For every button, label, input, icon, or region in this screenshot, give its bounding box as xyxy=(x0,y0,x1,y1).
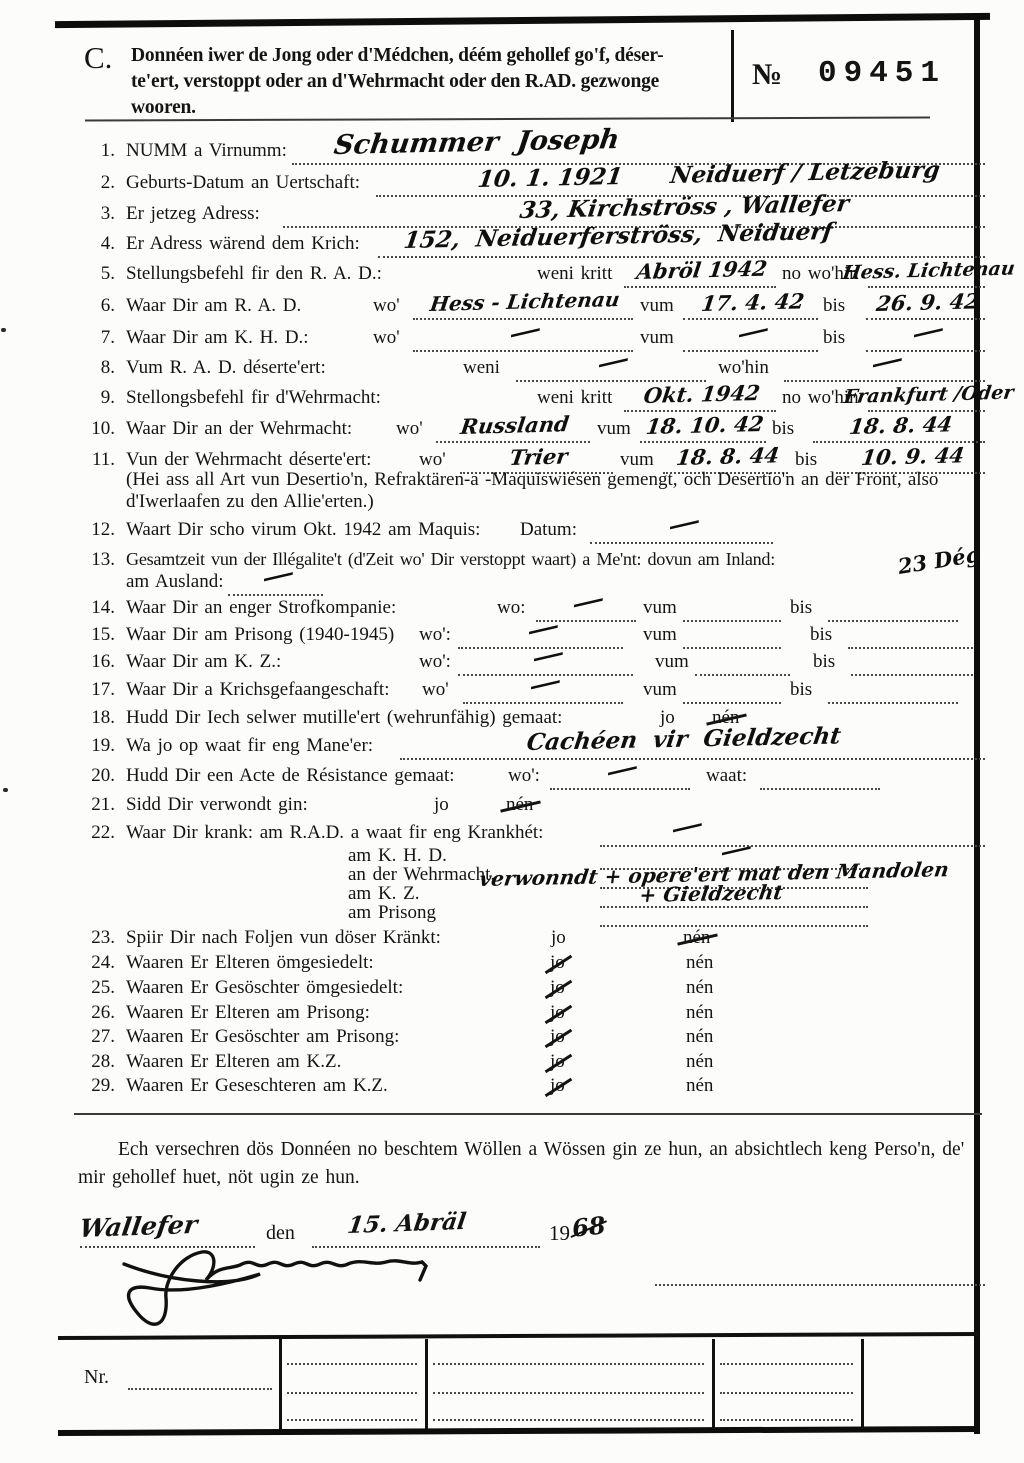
dotted-field: — xyxy=(463,678,623,704)
dotted-field: — xyxy=(550,764,690,790)
form-row-21: 21. Sidd Dir verwondt gin: jo nén xyxy=(78,794,985,820)
page-border-top xyxy=(55,13,990,28)
answer-jo-struck: jo xyxy=(550,952,565,973)
form-row-25: 25. Waaren Er Gesöschter ömgesiedelt: jo… xyxy=(78,977,985,1003)
handwritten-value: Abröl 1942 xyxy=(635,256,769,284)
numero-symbol: № xyxy=(752,58,782,92)
row-label: Spiir Dir nach Foljen vun döser Kränkt: xyxy=(126,927,441,949)
row-label: Geburts-Datum an Uertschaft: xyxy=(126,172,360,194)
row-number: 26. xyxy=(78,1002,115,1024)
answer-jo-struck: jo xyxy=(550,1051,565,1072)
row-label: Waar Dir a Krichsgefaangeschaft: xyxy=(126,679,389,701)
table-vline xyxy=(712,1339,715,1429)
table-cell-dotted xyxy=(287,1417,417,1421)
nr-label: Nr. xyxy=(84,1366,109,1389)
header-divider xyxy=(731,30,734,122)
form-row-4: 4. Er Adress wärend dem Krich: 152, Neid… xyxy=(78,233,985,259)
field-label: wo' xyxy=(373,295,400,317)
answer-nen: nén xyxy=(686,1075,713,1097)
declaration-text: Ech versechren dös Donnéen no beschtem W… xyxy=(78,1136,984,1192)
row-number: 13. xyxy=(78,549,115,571)
answer-nen: nén xyxy=(686,1002,713,1024)
answer-nen-struck: nén xyxy=(683,927,710,948)
scanned-form-page: C. Donnéen iwer de Jong oder d'Médchen, … xyxy=(0,0,1024,1463)
form-title-line2: te'ert, verstoppt oder an d'Wehrmacht od… xyxy=(131,69,723,95)
row-number: 6. xyxy=(78,295,115,317)
dotted-field xyxy=(683,596,781,622)
handwritten-dash: — xyxy=(603,753,641,786)
handwritten-dash: — xyxy=(569,585,607,618)
row-number: 17. xyxy=(78,679,115,701)
form-row-5: 5. Stellungsbefehl fir den R. A. D.: wen… xyxy=(78,263,985,289)
dotted-field: Frankfurt /Oder xyxy=(868,386,985,412)
table-vline xyxy=(861,1339,864,1429)
field-label: bis xyxy=(813,651,835,673)
row-label: Waar Dir am Prisong (1940-1945) xyxy=(126,624,394,646)
answer-nen: nén xyxy=(686,1051,713,1073)
row-number: 18. xyxy=(78,707,115,729)
table-cell-dotted xyxy=(720,1361,853,1365)
table-vline xyxy=(279,1339,282,1429)
handwritten-date: 15. Abräl xyxy=(346,1208,468,1239)
row-label: Waaren Er Elteren ömgesiedelt: xyxy=(126,952,374,974)
form-row-12: 12. Waart Dir scho virum Okt. 1942 am Ma… xyxy=(78,519,985,545)
dotted-field xyxy=(760,764,880,790)
row-number: 7. xyxy=(78,327,115,349)
form-title: Donnéen iwer de Jong oder d'Médchen, déé… xyxy=(131,43,723,121)
handwritten-value: Frankfurt /Oder xyxy=(842,382,1014,408)
section-rule xyxy=(74,1113,982,1115)
form-row-8: 8. Vum R. A. D. déserte'ert: weni — wo'h… xyxy=(78,357,985,383)
row-number: 23. xyxy=(78,927,115,949)
field-label: vum xyxy=(640,327,674,349)
field-label: vum xyxy=(640,295,674,317)
row-number: 8. xyxy=(78,357,115,379)
dotted-field: Okt. 1942 xyxy=(624,386,776,412)
field-label: wo': xyxy=(419,651,451,673)
answer-jo: jo xyxy=(551,927,566,949)
dotted-field xyxy=(848,623,973,649)
section-letter: C. xyxy=(84,40,112,76)
field-label: bis xyxy=(790,679,812,701)
handwritten-value: Cachéen vir Gieldzecht xyxy=(525,722,843,756)
row-number: 28. xyxy=(78,1051,115,1073)
field-label: wo: xyxy=(497,597,526,619)
field-label: weni kritt xyxy=(537,263,612,285)
field-label: weni kritt xyxy=(537,387,612,409)
form-row-20: 20. Hudd Dir een Acte de Résistance gema… xyxy=(78,765,985,791)
handwritten-value: 10. 9. 44 xyxy=(859,442,965,470)
form-row-23: 23. Spiir Dir nach Foljen vun döser Krän… xyxy=(78,927,985,953)
table-cell-dotted xyxy=(720,1390,853,1394)
handwritten-value: 18. 8. 44 xyxy=(848,411,954,439)
field-label: waat: xyxy=(706,765,747,787)
field-label: wo' xyxy=(422,679,449,701)
dotted-field: Russland xyxy=(436,417,590,443)
form-row-9: 9. Stellongsbefehl fir d'Wehrmacht: weni… xyxy=(78,387,985,413)
form-row-22-prisong: am Prisong xyxy=(78,902,985,928)
field-label: wo': xyxy=(419,624,451,646)
field-label: bis xyxy=(810,624,832,646)
field-label: bis xyxy=(772,418,794,440)
field-label: wo': xyxy=(508,765,540,787)
dotted-field: Hess. Lichtenau xyxy=(868,262,985,288)
row-number: 25. xyxy=(78,977,115,999)
handwritten-name: Schummer Joseph xyxy=(332,124,621,161)
row-label: Waart Dir scho virum Okt. 1942 am Maquis… xyxy=(126,519,480,541)
row-number: 5. xyxy=(78,263,115,285)
form-row-26: 26. Waaren Er Elteren am Prisong: jo nén xyxy=(78,1002,985,1028)
row-label: Gesamtzeit vun der Illégalite't (d'Zeit … xyxy=(126,549,775,570)
dotted-field xyxy=(828,596,958,622)
handwritten-dash: — xyxy=(506,315,544,348)
field-label: wo' xyxy=(419,449,446,471)
form-row-17: 17. Waar Dir a Krichsgefaangeschaft: wo'… xyxy=(78,679,985,705)
form-row-10: 10. Waar Dir an der Wehrmacht: wo' Russl… xyxy=(78,418,985,444)
handwritten-value: Hess - Lichtenau xyxy=(429,287,622,316)
row-number: 9. xyxy=(78,387,115,409)
field-label: vum xyxy=(643,597,677,619)
dotted-field: — xyxy=(683,326,818,352)
table-cell-dotted xyxy=(287,1390,417,1394)
dotted-field: — xyxy=(784,356,985,382)
dotted-field: 18. 8. 44 xyxy=(813,417,985,443)
form-row-28: 28. Waaren Er Elteren am K.Z. jo nén xyxy=(78,1051,985,1077)
field-label: vum xyxy=(643,679,677,701)
row-number: 16. xyxy=(78,651,115,673)
row-label: Sidd Dir verwondt gin: xyxy=(126,794,308,816)
dotted-field: — xyxy=(413,326,633,352)
scan-artifact xyxy=(1,328,6,332)
dotted-field xyxy=(683,623,781,649)
field-label: vum xyxy=(620,449,654,471)
dotted-field xyxy=(828,678,958,704)
row-label: Hudd Dir een Acte de Résistance gemaat: xyxy=(126,765,455,787)
handwritten-value: Okt. 1942 xyxy=(642,380,761,408)
signature-scribble xyxy=(110,1236,540,1336)
form-row-29: 29. Waaren Er Geseschteren am K.Z. jo né… xyxy=(78,1075,985,1101)
dotted-field: 17. 4. 42 xyxy=(683,294,818,320)
dotted-field: 152, Neiduerferströss, Neiduerf xyxy=(378,232,985,258)
answer-nen: nén xyxy=(686,1026,713,1048)
scan-artifact xyxy=(3,788,8,792)
row-number: 4. xyxy=(78,233,115,255)
row-number: 11. xyxy=(78,449,115,471)
handwritten-year: 68 xyxy=(571,1210,607,1242)
row-number: 14. xyxy=(78,597,115,619)
row-label: Stellungsbefehl fir den R. A. D.: xyxy=(126,263,382,285)
row-label: Vun der Wehrmacht déserte'ert: xyxy=(126,449,371,471)
dotted-field: — xyxy=(228,570,323,596)
row-label: Waaren Er Gesöschter am Prisong: xyxy=(126,1026,399,1048)
dotted-field xyxy=(600,901,868,927)
dotted-field: Abröl 1942 xyxy=(624,262,776,288)
field-label: bis xyxy=(795,449,817,471)
nr-dotted-line xyxy=(128,1388,272,1390)
row-number: 21. xyxy=(78,794,115,816)
row-label: Wa jo op waat fir eng Mane'er: xyxy=(126,735,373,757)
form-row-13b: am Ausland: — xyxy=(78,571,985,597)
row-label: Waar Dir an der Wehrmacht: xyxy=(126,418,352,440)
dotted-field: 26. 9. 42 xyxy=(866,294,985,320)
form-title-line1: Donnéen iwer de Jong oder d'Médchen, déé… xyxy=(131,43,723,69)
row-label: Waaren Er Geseschteren am K.Z. xyxy=(126,1075,388,1097)
handwritten-value: 18. 10. 42 xyxy=(645,411,766,439)
row-label: NUMM a Virnumm: xyxy=(126,140,287,162)
dotted-field: Cachéen vir Gieldzecht xyxy=(400,734,985,760)
field-label: bis xyxy=(823,295,845,317)
form-row-7: 7. Waar Dir am K. H. D.: wo' — vum — bis… xyxy=(78,327,985,353)
year-prefix: 19 xyxy=(549,1221,570,1246)
field-label: bis xyxy=(823,327,845,349)
handwritten-value: 18. 8. 44 xyxy=(674,442,780,470)
row-label: Waaren Er Gesöschter ömgesiedelt: xyxy=(126,977,403,999)
form-row-19: 19. Wa jo op waat fir eng Mane'er: Caché… xyxy=(78,735,985,761)
dotted-field xyxy=(683,678,781,704)
field-label: wo' xyxy=(396,418,423,440)
row-number: 1. xyxy=(78,140,115,162)
row-label: Waar Dir am K. H. D.: xyxy=(126,327,309,349)
table-cell-dotted xyxy=(287,1361,417,1365)
row-11-note: (Hei ass all Art vun Desertio'n, Refrakt… xyxy=(126,469,986,512)
handwritten-value: Hess. Lichtenau xyxy=(841,258,1016,284)
page-border-bottom xyxy=(58,1426,980,1436)
field-label: wo'hin xyxy=(718,357,769,379)
dotted-field xyxy=(695,650,790,676)
answer-jo-struck: jo xyxy=(550,977,565,998)
row-label: Waar Dir krank: am R.A.D. a waat fir eng… xyxy=(126,822,543,844)
answer-nen-struck: nén xyxy=(506,794,533,815)
row-number: 12. xyxy=(78,519,115,541)
row-label: Stellongsbefehl fir d'Wehrmacht: xyxy=(126,387,381,409)
handwritten-value: 17. 4. 42 xyxy=(699,288,805,316)
form-row-24: 24. Waaren Er Elteren ömgesiedelt: jo né… xyxy=(78,952,985,978)
sub-label: am Prisong xyxy=(348,902,436,924)
row-number: 19. xyxy=(78,735,115,757)
row-label: Waar Dir an enger Strofkompanie: xyxy=(126,597,396,619)
form-row-27: 27. Waaren Er Gesöschter am Prisong: jo … xyxy=(78,1026,985,1052)
table-cell-dotted xyxy=(433,1390,704,1394)
table-vline xyxy=(425,1339,428,1429)
dotted-field: — xyxy=(516,356,706,382)
row-number: 10. xyxy=(78,418,115,440)
row-number: 15. xyxy=(78,624,115,646)
row-label: Waaren Er Elteren am Prisong: xyxy=(126,1002,370,1024)
field-label: wo' xyxy=(373,327,400,349)
row-number: 2. xyxy=(78,172,115,194)
handwritten-value: 26. 9. 42 xyxy=(874,288,980,316)
row-label: Waaren Er Elteren am K.Z. xyxy=(126,1051,341,1073)
answer-jo-struck: jo xyxy=(550,1075,565,1096)
row-label: Er Adress wärend dem Krich: xyxy=(126,233,360,255)
countersign-dotted-line xyxy=(655,1262,985,1286)
dotted-field: 18. 10. 42 xyxy=(640,417,766,443)
field-label: vum xyxy=(643,624,677,646)
dotted-field: Hess - Lichtenau xyxy=(413,294,633,320)
row-number: 24. xyxy=(78,952,115,974)
dotted-field xyxy=(851,650,973,676)
handwritten-value: Trier xyxy=(508,444,569,470)
field-label: am Ausland: xyxy=(126,571,224,593)
field-label: bis xyxy=(790,597,812,619)
row-number: 22. xyxy=(78,822,115,844)
field-label: weni xyxy=(463,357,500,379)
answer-nen: nén xyxy=(686,977,713,999)
row-label: Er jetzeg Adress: xyxy=(126,203,260,225)
handwritten-dash: — xyxy=(526,667,564,700)
handwritten-dash: — xyxy=(594,345,632,378)
answer-nen: nén xyxy=(686,952,713,974)
table-cell-dotted xyxy=(720,1417,853,1421)
row-number: 3. xyxy=(78,203,115,225)
answer-jo: jo xyxy=(434,794,449,816)
row-number: 27. xyxy=(78,1026,115,1048)
row-number: 29. xyxy=(78,1075,115,1097)
form-serial-number: 09451 xyxy=(818,56,946,91)
row-label: Vum R. A. D. déserte'ert: xyxy=(126,357,326,379)
answer-jo-struck: jo xyxy=(550,1026,565,1047)
row-label: Waar Dir am R. A. D. xyxy=(126,295,301,317)
table-cell-dotted xyxy=(433,1417,704,1421)
row-label: Hudd Dir Iech selwer mutille'ert (wehrun… xyxy=(126,707,562,729)
row-label: Waar Dir am K. Z.: xyxy=(126,651,281,673)
row-number: 20. xyxy=(78,765,115,787)
field-label: vum xyxy=(597,418,631,440)
table-cell-dotted xyxy=(433,1361,704,1365)
field-label: Datum: xyxy=(520,519,577,541)
handwritten-dash: — xyxy=(665,507,703,540)
answer-jo-struck: jo xyxy=(550,1002,565,1023)
handwritten-value: Russland xyxy=(459,411,571,439)
field-label: vum xyxy=(655,651,689,673)
dotted-field: — xyxy=(590,518,773,544)
